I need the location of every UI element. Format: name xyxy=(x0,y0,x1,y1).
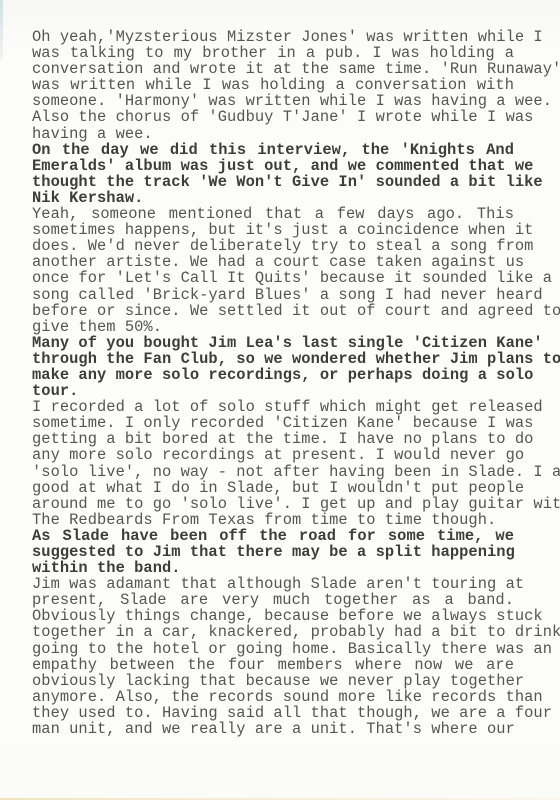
interviewer-question: Many of you bought Jim Lea's last single… xyxy=(32,335,514,399)
text-line: On the day we did this interview, the 'K… xyxy=(32,142,514,158)
interviewee-answer: Yeah, someone mentioned that a few days … xyxy=(32,206,514,335)
text-line: As Slade have been off the road for some… xyxy=(32,528,514,544)
text-line: good at what I do in Slade, but I wouldn… xyxy=(32,480,514,496)
text-line: anymore. Also, the records sound more li… xyxy=(32,689,514,705)
text-line: suggested to Jim that there may be a spl… xyxy=(32,544,514,560)
text-line: within the band. xyxy=(32,560,514,576)
text-line: Yeah, someone mentioned that a few days … xyxy=(32,206,514,222)
text-line: someone. 'Harmony' was written while I w… xyxy=(32,93,514,109)
interviewee-answer: Jim was adamant that although Slade aren… xyxy=(32,576,514,737)
text-line: obviously lacking that because we never … xyxy=(32,673,514,689)
text-line: was talking to my brother in a pub. I wa… xyxy=(32,45,514,61)
text-line: song called 'Brick-yard Blues' a song I … xyxy=(32,287,514,303)
text-line: through the Fan Club, so we wondered whe… xyxy=(32,351,514,367)
text-line: getting a bit bored at the time. I have … xyxy=(32,431,514,447)
text-line: they used to. Having said all that thoug… xyxy=(32,705,514,721)
text-line: Jim was adamant that although Slade aren… xyxy=(32,576,514,592)
text-line: Many of you bought Jim Lea's last single… xyxy=(32,335,514,351)
interviewer-question: On the day we did this interview, the 'K… xyxy=(32,142,514,206)
text-line: before or since. We settled it out of co… xyxy=(32,303,514,319)
text-line: any more solo recordings at present. I w… xyxy=(32,447,514,463)
text-line: 'solo live', no way - not after having b… xyxy=(32,464,514,480)
text-line: give them 50%. xyxy=(32,319,514,335)
page-edge-left xyxy=(0,0,3,60)
text-line: having a wee. xyxy=(32,126,514,142)
text-line: does. We'd never deliberately try to ste… xyxy=(32,238,514,254)
text-line: I recorded a lot of solo stuff which mig… xyxy=(32,399,514,415)
text-line: Also the chorus of 'Gudbuy T'Jane' I wro… xyxy=(32,109,514,125)
text-line: thought the track 'We Won't Give In' sou… xyxy=(32,174,514,190)
text-line: sometime. I only recorded 'Citizen Kane'… xyxy=(32,415,514,431)
text-line: around me to go 'solo live'. I get up an… xyxy=(32,496,514,512)
text-line: conversation and wrote it at the same ti… xyxy=(32,61,514,77)
text-line: Nik Kershaw. xyxy=(32,190,514,206)
text-line: Oh yeah,'Myzsterious Mizster Jones' was … xyxy=(32,29,514,45)
interview-text: Oh yeah,'Myzsterious Mizster Jones' was … xyxy=(32,29,514,737)
text-line: tour. xyxy=(32,383,514,399)
text-line: Emeralds' album was just out, and we com… xyxy=(32,158,514,174)
interviewer-question: As Slade have been off the road for some… xyxy=(32,528,514,576)
text-line: make any more solo recordings, or perhap… xyxy=(32,367,514,383)
text-line: sometimes happens, but it's just a coinc… xyxy=(32,222,514,238)
text-line: Obviously things change, because before … xyxy=(32,608,514,624)
text-line: empathy between the four members where n… xyxy=(32,657,514,673)
interviewee-answer: I recorded a lot of solo stuff which mig… xyxy=(32,399,514,528)
text-line: was written while I was holding a conver… xyxy=(32,77,514,93)
text-line: another artiste. We had a court case tak… xyxy=(32,254,514,270)
text-line: man unit, and we really are a unit. That… xyxy=(32,721,514,737)
text-line: present, Slade are very much together as… xyxy=(32,592,514,608)
text-line: The Redbeards From Texas from time to ti… xyxy=(32,512,514,528)
text-line: going to the hotel or going home. Basica… xyxy=(32,641,514,657)
text-line: once for 'Let's Call It Quits' because i… xyxy=(32,270,514,286)
document-page: Oh yeah,'Myzsterious Mizster Jones' was … xyxy=(0,0,560,800)
text-line: together in a car, knackered, probably h… xyxy=(32,624,514,640)
interviewee-answer: Oh yeah,'Myzsterious Mizster Jones' was … xyxy=(32,29,514,142)
